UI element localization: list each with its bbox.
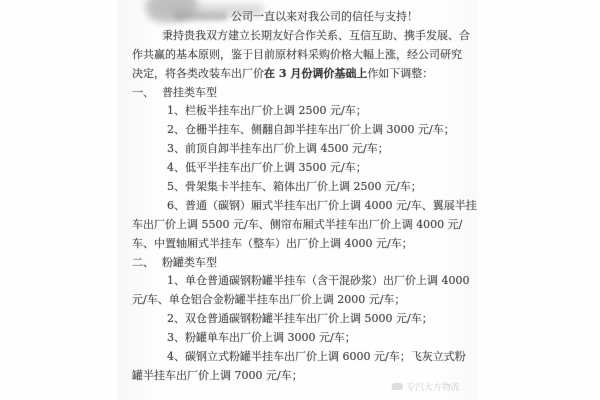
- s1-item-4: 4、低平半挂车出厂价上调 3500 元/车；: [132, 159, 462, 178]
- section-1-heading: 一、普挂类车型: [132, 84, 462, 103]
- s1-item-6-line-3: 车、中置轴厢式半挂车（整车）出厂价上调 4000 元/车；: [132, 235, 462, 254]
- redacted-company-name: [174, 12, 228, 21]
- document-body: 公司一直以来对我公司的信任与支持！ 秉持贵我双方建立长期友好合作关系、互信互助、…: [132, 8, 462, 386]
- adjust-bold-text: 在 3 月份调价基础上: [264, 67, 367, 80]
- s2-item-1-line-2: 元/车、单仓铝合金粉罐半挂车出厂价上调 2000 元/车；: [132, 291, 462, 310]
- adjust-post-text: 作如下调整：: [367, 67, 433, 80]
- intro-paragraph-line-1: 秉持贵我双方建立长期友好合作关系、互信互助、携手发展、合: [132, 27, 462, 46]
- intro-paragraph-line-2: 作共赢的基本原则，鉴于目前原材料采购价格大幅上涨，经公司研究: [132, 46, 462, 65]
- scanned-document-page: 公司一直以来对我公司的信任与支持！ 秉持贵我双方建立长期友好合作关系、互信互助、…: [0, 0, 600, 400]
- s1-item-3: 3、前顶自卸半挂车出厂价上调 4500 元/车；: [132, 140, 462, 159]
- watermark: 专汽大方物流: [392, 379, 460, 393]
- s1-item-5: 5、骨架集卡半挂车、箱体出厂价上调 2500 元/车；: [132, 178, 462, 197]
- s2-item-1-line-1: 1、单仓普通碳钢粉罐半挂车（含干混砂浆）出厂价上调 4000: [132, 272, 462, 291]
- greeting-text: 公司一直以来对我公司的信任与支持！: [231, 10, 418, 23]
- greeting-line: 公司一直以来对我公司的信任与支持！: [132, 8, 462, 27]
- s2-item-4-line-1: 4、碳钢立式粉罐半挂车出厂价上调 6000 元/车；飞灰立式粉: [132, 348, 462, 367]
- s1-item-2: 2、仓栅半挂车、侧翻自卸半挂车出厂价上调 3000 元/车；: [132, 121, 462, 140]
- section-1-number: 一、: [132, 84, 154, 103]
- section-1-title: 普挂类车型: [162, 86, 217, 99]
- section-2-number: 二、: [132, 254, 154, 273]
- s1-item-6-line-1: 6、普通（碳钢）厢式半挂车出厂价上调 4000 元/车、翼展半挂: [132, 197, 462, 216]
- s1-item-1: 1、栏板半挂车出厂价上调 2500 元/车；: [132, 102, 462, 121]
- s2-item-2: 2、双仓普通碳钢粉罐半挂车出厂价上调 5000 元/车；: [132, 310, 462, 329]
- watermark-text: 专汽大方物流: [406, 380, 460, 393]
- section-2-heading: 二、粉罐类车型: [132, 254, 462, 273]
- section-2-title: 粉罐类车型: [162, 256, 217, 269]
- s2-item-3: 3、粉罐单车出厂价上调 3000 元/车；: [132, 329, 462, 348]
- price-adjust-line: 决定，将各类改装车出厂价在 3 月份调价基础上作如下调整：: [132, 65, 462, 84]
- watermark-truck-icon: [391, 383, 403, 390]
- adjust-pre-text: 决定，将各类改装车出厂价: [132, 67, 264, 80]
- s1-item-6-line-2: 车出厂价上调 5500 元/车、侧帘布厢式半挂车出厂价上调 4000 元/: [132, 216, 462, 235]
